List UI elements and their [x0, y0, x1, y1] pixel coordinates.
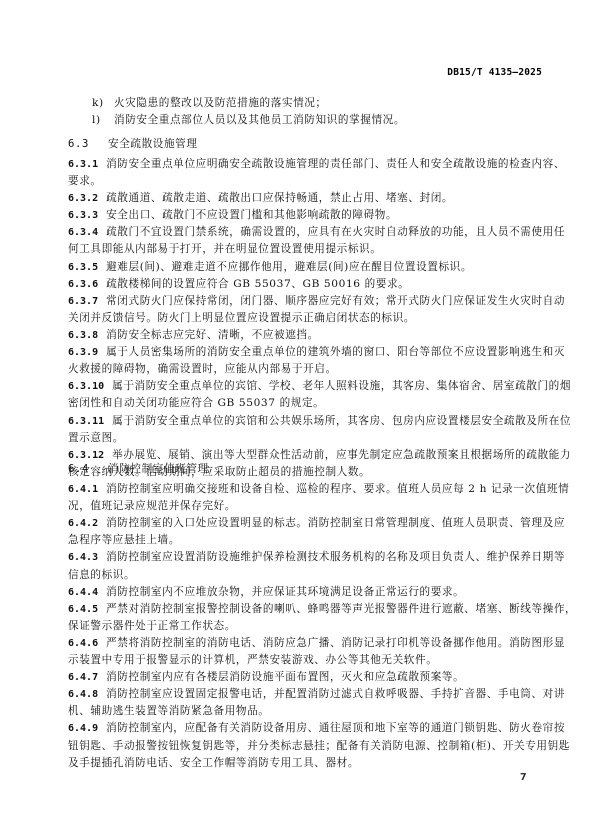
clause-text: 消防控制室内，应配备有关消防设备用房、通往屋顶和地下室等的通道门锁钥匙、防火卷帘… [106, 722, 565, 734]
clause-text: 疏散楼梯间的设置应符合 GB 55037、GB 50016 的要求。 [106, 278, 409, 290]
clause: 6.3.8消防安全标志应完好、清晰，不应被遮挡。 [68, 328, 540, 343]
clause-number: 6.3.11 [68, 416, 104, 427]
clause-number: 6.4.2 [68, 518, 98, 529]
clause-number: 6.4.5 [68, 604, 98, 615]
clause-text: 属于消防安全重点单位的宾馆和公共娱乐场所，其客房、包房内应设置楼层安全疏散及所在… [112, 415, 571, 427]
clause-continuation: 急程序等应悬挂上墙。 [68, 533, 540, 547]
clause-number: 6.3.4 [68, 227, 98, 238]
clause: 6.4.1消防控制室应明确交接班和设备自检、巡检的程序、要求。值班人员应每 2 … [68, 482, 540, 497]
clause: 6.4.5严禁对消防控制室报警控制设备的喇叭、蜂鸣器等声光报警器件进行遮蔽、堵塞… [68, 602, 540, 617]
clause-text: 信息的标识。 [68, 569, 135, 581]
clause-continuation: 火救援的障碍物，确需设置时，应能从内部易于开启。 [68, 362, 540, 376]
clause: 6.3.3安全出口、疏散门不应设置门槛和其他影响疏散的障碍物。 [68, 208, 540, 223]
clause-number: 6.3.5 [68, 262, 98, 273]
clause-continuation: 机、辅助逃生装置等消防紧急备用物品。 [68, 704, 540, 718]
clause-text: 消防安全重点单位应明确安全疏散设施管理的责任部门、责任人和安全疏散设施的检查内容… [106, 158, 565, 170]
clause-text: 消防安全标志应完好、清晰，不应被遮挡。 [106, 329, 319, 341]
clause-number: 6.3.1 [68, 159, 98, 170]
clause-number: 6.3.8 [68, 330, 98, 341]
clause: 6.3.11属于消防安全重点单位的宾馆和公共娱乐场所，其客房、包房内应设置楼层安… [68, 414, 540, 429]
clause-continuation: 要求。 [68, 174, 540, 188]
clause: 6.4.7消防控制室内应有各楼层消防设施平面布置图，灭火和应急疏散预案等。 [68, 670, 540, 685]
clause: 6.3.12举办展览、展销、演出等大型群众性活动前，应事先制定应急疏散预案且根据… [68, 448, 540, 463]
page-number: 7 [520, 772, 527, 783]
clause: 6.3.6疏散楼梯间的设置应符合 GB 55037、GB 50016 的要求。 [68, 277, 540, 292]
clause-text: 保证警示器件处于正常工作状态。 [68, 620, 236, 632]
section-number: 6.4 [68, 462, 108, 476]
clause-number: 6.3.6 [68, 279, 98, 290]
clause-text: 避难层(间)、避难走道不应挪作他用，避难层(间)应在醒目位置设置标识。 [106, 261, 472, 273]
clause: 6.3.10属于消防安全重点单位的宾馆、学校、老年人照料设施，其客房、集体宿舍、… [68, 379, 540, 394]
clause-number: 6.3.2 [68, 193, 98, 204]
clause-number: 6.3.12 [68, 450, 104, 461]
section-title: 安全疏散设施管理 [108, 138, 198, 150]
clause-text: 钮钥匙、手动报警按钮恢复钥匙等，并分类标志悬挂；配备有关消防电源、控制箱(柜)、… [68, 740, 570, 752]
clause-continuation: 置示意图。 [68, 431, 540, 445]
clause-text: 属于消防安全重点单位的宾馆、学校、老年人照料设施，其客房、集体宿舍、居室疏散门的… [112, 380, 571, 392]
clause-continuation: 钮钥匙、手动报警按钮恢复钥匙等，并分类标志悬挂；配备有关消防电源、控制箱(柜)、… [68, 739, 540, 753]
clause-text: 急程序等应悬挂上墙。 [68, 534, 180, 546]
clause-number: 6.4.4 [68, 587, 98, 598]
clause-text: 及手提插孔消防电话、安全工作帽等消防专用工具、器材。 [68, 757, 359, 769]
clause-number: 6.4.1 [68, 484, 98, 495]
section-heading: 6.3安全疏散设施管理 [68, 137, 540, 151]
clause-text: 安全出口、疏散门不应设置门槛和其他影响疏散的障碍物。 [106, 209, 397, 221]
clause-continuation: 况，值班记录应规范并保存完好。 [68, 499, 540, 513]
clause-text: 消防控制室的入口处应设置明显的标志。消防控制室日常管理制度、值班人员职责、管理及… [106, 517, 565, 529]
clause-text: 况，值班记录应规范并保存完好。 [68, 500, 236, 512]
list-item-text: 消防安全重点部位人员以及其他员工消防知识的掌握情况。 [114, 114, 405, 126]
clause-text: 常闭式防火门应保持常闭，闭门器、顺序器应完好有效；常开式防火门应保证发生火灾时自… [106, 295, 565, 307]
clause-continuation: 密闭性和自动关闭功能应符合 GB 55037 的规定。 [68, 396, 540, 410]
list-item: l)消防安全重点部位人员以及其他员工消防知识的掌握情况。 [92, 113, 564, 127]
clause-number: 6.3.10 [68, 381, 104, 392]
clause-number: 6.4.7 [68, 672, 98, 683]
list-item-text: 火灾隐患的整改以及防范措施的落实情况； [114, 97, 327, 109]
document-page: DB15/T 4135—2025 k)火灾隐患的整改以及防范措施的落实情况；l)… [0, 0, 593, 839]
clause-text: 消防控制室应设置消防设施维护保养检测技术服务机构的名称及项目负责人、维护保养日期… [106, 551, 565, 563]
clause: 6.4.3消防控制室应设置消防设施维护保养检测技术服务机构的名称及项目负责人、维… [68, 550, 540, 565]
clause-continuation: 示装置中专用于报警显示的计算机，严禁安装游戏、办公等其他无关软件。 [68, 653, 540, 667]
section-title: 消防控制室值班管理 [108, 463, 209, 475]
clause: 6.3.1消防安全重点单位应明确安全疏散设施管理的责任部门、责任人和安全疏散设施… [68, 157, 540, 172]
clause: 6.4.2消防控制室的入口处应设置明显的标志。消防控制室日常管理制度、值班人员职… [68, 516, 540, 531]
clause: 6.4.4消防控制室内不应堆放杂物，并应保证其环境满足设备正常运行的要求。 [68, 585, 540, 600]
clause: 6.4.9消防控制室内，应配备有关消防设备用房、通往屋顶和地下室等的通道门锁钥匙… [68, 721, 540, 736]
clause-continuation: 信息的标识。 [68, 568, 540, 582]
clause-text: 消防控制室应明确交接班和设备自检、巡检的程序、要求。值班人员应每 2 h 记录一… [106, 483, 569, 495]
clause-text: 要求。 [68, 175, 102, 187]
clause-number: 6.3.3 [68, 210, 98, 221]
clause-number: 6.3.7 [68, 296, 98, 307]
clause-text: 属于人员密集场所的消防安全重点单位的建筑外墙的窗口、阳台等部位不应设置影响逃生和… [106, 346, 565, 358]
clause-text: 火救援的障碍物，确需设置时，应能从内部易于开启。 [68, 363, 337, 375]
clause: 6.3.4疏散门不宜设置门禁系统，确需设置的，应具有在火灾时自动释放的功能，且人… [68, 225, 540, 240]
clause-continuation: 及手提插孔消防电话、安全工作帽等消防专用工具、器材。 [68, 756, 540, 770]
list-marker: k) [92, 96, 114, 110]
clause: 6.3.2疏散通道、疏散走道、疏散出口应保持畅通，禁止占用、堵塞、封闭。 [68, 191, 540, 206]
clause-text: 机、辅助逃生装置等消防紧急备用物品。 [68, 705, 270, 717]
clause-text: 严禁对消防控制室报警控制设备的喇叭、蜂鸣器等声光报警器件进行遮蔽、堵塞、断线等操… [106, 603, 576, 615]
clause-text: 消防控制室内应有各楼层消防设施平面布置图，灭火和应急疏散预案等。 [106, 671, 464, 683]
clause-number: 6.4.8 [68, 689, 98, 700]
clause-continuation: 保证警示器件处于正常工作状态。 [68, 619, 540, 633]
clause-continuation: 何工具即能从内部易于打开，并在明显位置设置使用提示标识。 [68, 242, 540, 256]
clause-number: 6.3.9 [68, 347, 98, 358]
list-marker: l) [92, 113, 114, 127]
section-heading: 6.4消防控制室值班管理 [68, 462, 540, 476]
clause-text: 置示意图。 [68, 432, 124, 444]
standard-code: DB15/T 4135—2025 [447, 67, 542, 78]
clause-text: 举办展览、展销、演出等大型群众性活动前，应事先制定应急疏散预案且根据场所的疏散能… [112, 449, 571, 461]
clause: 6.4.8消防控制室应设置固定报警电话，并配置消防过滤式自救呼吸器、手持扩音器、… [68, 687, 540, 702]
clause: 6.4.6严禁将消防控制室的消防电话、消防应急广播、消防记录打印机等设备挪作他用… [68, 636, 540, 651]
clause-text: 密闭性和自动关闭功能应符合 GB 55037 的规定。 [68, 397, 324, 409]
clause: 6.3.9属于人员密集场所的消防安全重点单位的建筑外墙的窗口、阳台等部位不应设置… [68, 345, 540, 360]
clause-text: 何工具即能从内部易于打开，并在明显位置设置使用提示标识。 [68, 243, 381, 255]
clause-text: 严禁将消防控制室的消防电话、消防应急广播、消防记录打印机等设备挪作他用。消防图形… [106, 637, 565, 649]
section-number: 6.3 [68, 137, 108, 151]
clause-text: 关闭并反馈信号。防火门上明显位置应设置提示正确启闭状态的标识。 [68, 312, 415, 324]
clause-number: 6.4.9 [68, 723, 98, 734]
clause-text: 疏散门不宜设置门禁系统，确需设置的，应具有在火灾时自动释放的功能，且人员不需使用… [106, 226, 565, 238]
list-item: k)火灾隐患的整改以及防范措施的落实情况； [92, 96, 564, 110]
clause-text: 消防控制室应设置固定报警电话，并配置消防过滤式自救呼吸器、手持扩音器、手电筒、对… [106, 688, 565, 700]
clause: 6.3.5避难层(间)、避难走道不应挪作他用，避难层(间)应在醒目位置设置标识。 [68, 260, 540, 275]
clause-continuation: 关闭并反馈信号。防火门上明显位置应设置提示正确启闭状态的标识。 [68, 311, 540, 325]
clause-number: 6.4.6 [68, 638, 98, 649]
clause-text: 示装置中专用于报警显示的计算机，严禁安装游戏、办公等其他无关软件。 [68, 654, 437, 666]
clause-text: 疏散通道、疏散走道、疏散出口应保持畅通，禁止占用、堵塞、封闭。 [106, 192, 453, 204]
clause: 6.3.7常闭式防火门应保持常闭，闭门器、顺序器应完好有效；常开式防火门应保证发… [68, 294, 540, 309]
clause-text: 消防控制室内不应堆放杂物，并应保证其环境满足设备正常运行的要求。 [106, 586, 464, 598]
clause-number: 6.4.3 [68, 552, 98, 563]
